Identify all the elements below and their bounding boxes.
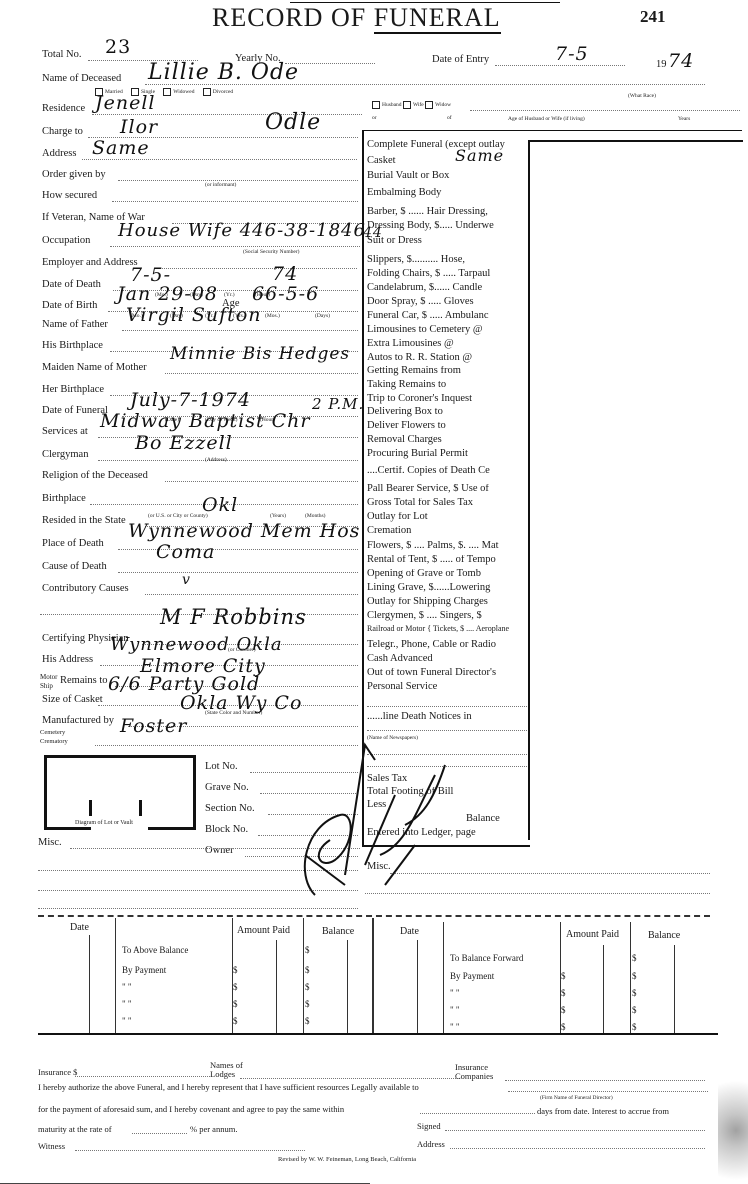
husband-checkbox[interactable]: Husband — [372, 102, 402, 108]
charge-item: Outlay for Shipping Charges — [367, 597, 529, 608]
cause-label: Cause of Death — [42, 562, 107, 573]
widow-checkbox[interactable]: Widow — [425, 102, 451, 108]
occupation-value: House Wife 446-38-1846 — [118, 222, 366, 240]
clergyman-label: Clergyman — [42, 450, 88, 461]
charge-item: Casket — [367, 156, 529, 167]
charge-item: Suit or Dress — [367, 236, 529, 247]
occupation-label: Occupation — [42, 236, 90, 247]
total-no-value: 23 — [105, 38, 131, 57]
charge-item: Delivering Box to — [367, 407, 529, 418]
revised-credit: Revised by W. W. Feineman, Long Beach, C… — [278, 1157, 416, 1164]
charge-item: Out of town Funeral Director's — [367, 668, 529, 679]
charge-item: Rental of Tent, $ ..... of Tempo — [367, 555, 529, 566]
signed-label: Signed — [417, 1122, 441, 1131]
death-year-value: 74 — [272, 265, 298, 284]
address-label: Address — [42, 149, 76, 160]
charge-item: Barber, $ ...... Hair Dressing, — [367, 207, 529, 218]
charge-item: Removal Charges — [367, 435, 529, 446]
charge-item: Gross Total for Sales Tax — [367, 498, 529, 509]
charge-item: Dressing Body, $..... Underwe — [367, 221, 529, 232]
cause-value: Coma — [156, 543, 215, 562]
charge-item: Burial Vault or Box — [367, 171, 529, 182]
witness-label: Witness — [38, 1142, 65, 1151]
resided-label: Resided in the State — [42, 516, 126, 527]
his-address-label: His Address — [42, 655, 93, 666]
total-no-label: Total No. — [42, 50, 82, 61]
casket-size-label: Size of Casket — [42, 695, 103, 706]
charge-item: Slippers, $.......... Hose, — [367, 255, 529, 266]
charge-item: Complete Funeral (except outlay — [367, 140, 529, 151]
date-of-death-label: Date of Death — [42, 280, 101, 291]
date-of-entry-value: 7-5 — [555, 45, 589, 64]
wife-checkbox[interactable]: Wife — [403, 102, 424, 108]
father-value: Virgil Sufton — [126, 306, 262, 325]
charge-item: Pall Bearer Service, $ Use of — [367, 484, 529, 495]
widowed-checkbox[interactable]: Widowed — [163, 89, 194, 95]
spouse-checkboxes: Husband Wife Widow — [372, 101, 451, 109]
lot-diagram — [44, 755, 196, 830]
funeral-date-value: July-7-1974 — [130, 391, 251, 410]
charge-item: Trip to Coroner's Inquest — [367, 394, 529, 405]
charge-item: Outlay for Lot — [367, 512, 529, 523]
physician-value: M F Robbins — [160, 607, 307, 628]
father-label: Name of Father — [42, 320, 108, 331]
charge-item: Taking Remains to — [367, 380, 529, 391]
charge-item: Opening of Grave or Tomb — [367, 569, 529, 580]
charge-to-label: Charge to — [42, 127, 83, 138]
insurance-label: Insurance $ — [38, 1068, 77, 1077]
charge-item: Railroad or Motor { Tickets, $ .... Aero… — [367, 625, 529, 633]
funeral-time-value: 2 P.M. — [312, 397, 364, 412]
manufactured-label: Manufactured by — [42, 716, 114, 727]
charge-item: Autos to R. R. Station @ — [367, 353, 529, 364]
residence-label: Residence — [42, 104, 85, 115]
charge-item: ....Certif. Copies of Death Ce — [367, 466, 529, 477]
address-value: Same — [92, 139, 150, 158]
funeral-date-label: Date of Funeral — [42, 406, 108, 417]
misc-label: Misc. — [38, 838, 62, 849]
charge-item: Funeral Car, $ ..... Ambulanc — [367, 311, 529, 322]
date-of-birth-value: Jan 29-08 — [117, 285, 218, 304]
charge-item: Cash Advanced — [367, 654, 529, 665]
charge-item: Embalming Body — [367, 188, 529, 199]
charge-item: Cremation — [367, 526, 529, 537]
document-title: RECORD OF FUNERAL — [212, 3, 501, 33]
clergyman-value: Bo Ezzell — [135, 434, 233, 453]
charge-item: Lining Grave, $......Lowering — [367, 583, 529, 594]
date-of-birth-label: Date of Birth — [42, 301, 97, 312]
suit-value: 44 — [363, 226, 383, 240]
charge-item: Deliver Flowers to — [367, 421, 529, 432]
charge-to-first: Ilor — [120, 118, 158, 137]
authorization-text: I hereby authorize the above Funeral, an… — [38, 1083, 419, 1092]
mother-label: Maiden Name of Mother — [42, 363, 147, 374]
diagram-label: Diagram of Lot or Vault — [75, 820, 133, 826]
charge-item: Getting Remains from — [367, 366, 529, 377]
entry-year-value: 74 — [668, 52, 694, 71]
ledger-divider — [38, 915, 710, 917]
charge-item: Extra Limousines @ — [367, 339, 529, 350]
signature-mark — [285, 735, 465, 915]
place-of-death-value: Wynnewood Mem Hos — [128, 522, 360, 541]
divorced-checkbox[interactable]: Divorced — [203, 89, 233, 95]
casket-value: Same — [455, 148, 504, 164]
place-of-death-label: Place of Death — [42, 539, 104, 550]
address-signer-label: Address — [417, 1140, 445, 1149]
charge-item: Flowers, $ .... Palms, $. .... Mat — [367, 541, 529, 552]
cemetery-value: Foster — [120, 717, 187, 736]
services-label: Services at — [42, 427, 88, 438]
charge-item: Candelabrum, $...... Candle — [367, 283, 529, 294]
charge-item: Personal Service — [367, 682, 529, 693]
date-of-entry-label: Date of Entry — [432, 55, 489, 66]
charge-item: Door Spray, $ ..... Gloves — [367, 297, 529, 308]
charge-item: Procuring Burial Permit — [367, 449, 529, 460]
scan-artifact — [718, 1050, 748, 1184]
residence-value: Jenell — [95, 94, 156, 113]
charge-item: Limousines to Cemetery @ — [367, 325, 529, 336]
name-of-deceased-label: Name of Deceased — [42, 74, 121, 85]
his-address-value: Wynnewood Okla — [110, 636, 283, 654]
manufactured-value: Okla Wy Co — [180, 694, 302, 713]
services-value: Midway Baptist Chr — [100, 412, 311, 431]
mother-value: Minnie Bis Hedges — [170, 346, 350, 363]
page-number: 241 — [640, 7, 666, 27]
charge-item: Telegr., Phone, Cable or Radio — [367, 640, 529, 651]
charge-item: Folding Chairs, $ ..... Tarpaul — [367, 269, 529, 280]
charge-item: Clergymen, $ .... Singers, $ — [367, 611, 529, 622]
age-value: 66-5-6 — [252, 285, 319, 304]
charge-to-last: Odle — [265, 112, 321, 134]
name-of-deceased-value: Lillie B. Ode — [148, 62, 299, 84]
